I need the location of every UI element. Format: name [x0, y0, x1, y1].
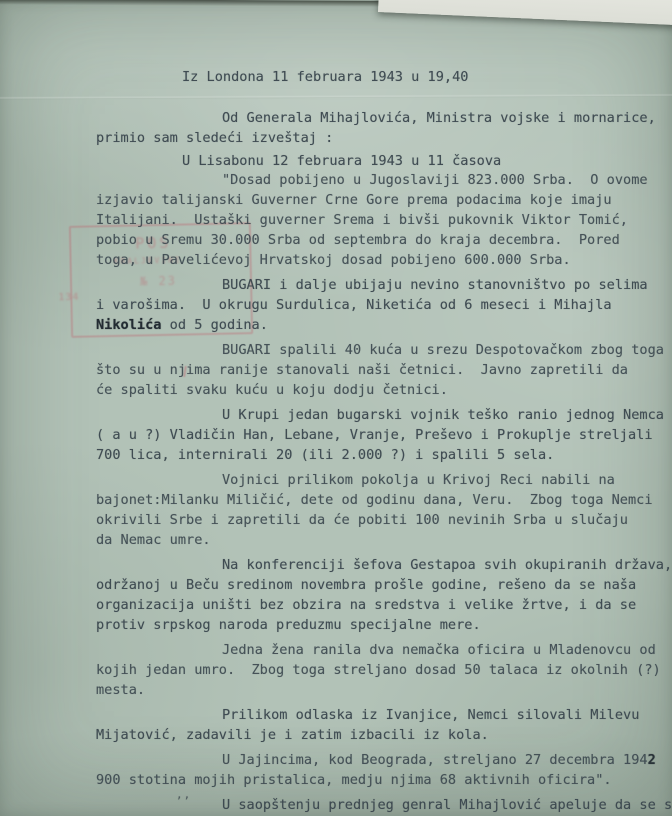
text-line: što su u njima ranije stanovali naši čet… [96, 360, 658, 380]
typed-text: U Krupi jedan bugarski vojnik teško rani… [222, 407, 664, 423]
typed-text: Prilikom odlaska iz Ivanjice, Nemci silo… [222, 707, 639, 723]
typed-text: Na konferenciji šefova Gestapoa svih oku… [222, 557, 672, 573]
text-line: i varošima. U okrugu Surdulica, Niketića… [96, 295, 658, 315]
typed-text: ( a u ?) Vladičin Han, Lebane, Vranje, P… [96, 427, 653, 443]
text-line: 700 lica, internirali 20 (ili 2.000 ?) i… [96, 445, 658, 465]
text-line: bajonet:Milanku Miličić, dete od godinu … [96, 490, 658, 510]
text-line: BUGARI spalili 40 kuća u srezu Despotova… [96, 340, 658, 360]
typed-text: 900 stotina mojih pristalica, medju njim… [96, 772, 612, 788]
paragraph: "Dosad pobijeno u Jugoslaviji 823.000 Sr… [96, 170, 658, 270]
typed-text: bajonet:Milanku Miličić, dete od godinu … [96, 492, 653, 508]
text-line: BUGARI i dalje ubijaju nevino stanovništ… [96, 275, 658, 295]
paragraph: Prilikom odlaska iz Ivanjice, Nemci silo… [96, 705, 658, 745]
text-line: održanoj u Beču sredinom novembra prošle… [96, 575, 658, 595]
text-line: U Krupi jedan bugarski vojnik teško rani… [96, 405, 658, 425]
typed-text: organizacija uništi bez obzira na sredst… [96, 597, 636, 613]
typed-text: U saopštenju prednjeg genral Mihajlović … [222, 797, 672, 813]
typed-text: održanoj u Beču sredinom novembra prošle… [96, 577, 636, 593]
text-line: toga, u Pavelićevoj Hrvatskoj dosad pobi… [96, 250, 658, 270]
typed-text: 700 lica, internirali 20 (ili 2.000 ?) i… [96, 447, 554, 463]
text-line: Italijani. Ustaški guverner Srema i bivš… [96, 210, 658, 230]
typed-text: Vojnici prilikom pokolja u Krivoj Reci n… [222, 472, 615, 488]
typed-text: Italijani. Ustaški guverner Srema i bivš… [96, 212, 628, 228]
paragraph: Od Generala Mihajlovića, Ministra vojske… [96, 108, 658, 148]
text-line: protiv srpskog naroda preduzmu specijaln… [96, 615, 658, 635]
text-line: Mijatović, zadavili je i zatim izbacili … [96, 725, 658, 745]
text-line: organizacija uništi bez obzira na sredst… [96, 595, 658, 615]
typed-text: Jedna žena ranila dva nemačka oficira u … [222, 642, 656, 658]
typed-text: izjavio talijanski Guverner Crne Gore pr… [96, 192, 612, 208]
typed-text: U Jajincima, kod Beograda, streljano 27 … [222, 752, 648, 768]
text-line: da Nemac umre. [96, 530, 658, 550]
typed-text: Od Generala Mihajlovića, Ministra vojske… [222, 110, 656, 126]
typed-text: što su u njima ranije stanovali naši čet… [96, 362, 628, 378]
stray-type-marks: ,, [176, 788, 191, 801]
paragraph: U Jajincima, kod Beograda, streljano 27 … [96, 750, 658, 790]
text-line: izjavio talijanski Guverner Crne Gore pr… [96, 190, 658, 210]
document-body: Od Generala Mihajlovića, Ministra vojske… [96, 108, 658, 816]
photographed-document: { "colors": { "paper": "#b2c2b7", "ink":… [0, 0, 672, 816]
typed-text: i varošima. U okrugu Surdulica, Niketića… [96, 297, 612, 313]
text-line: Prilikom odlaska iz Ivanjice, Nemci silo… [96, 705, 658, 725]
text-line: mesta. [96, 680, 658, 700]
text-line: ( a u ?) Vladičin Han, Lebane, Vranje, P… [96, 425, 658, 445]
paragraph: Vojnici prilikom pokolja u Krivoj Reci n… [96, 470, 658, 550]
typed-text: od 5 godina. [161, 317, 267, 333]
typed-text: mesta. [96, 682, 145, 698]
paragraph: BUGARI i dalje ubijaju nevino stanovništ… [96, 275, 658, 335]
paragraph: BUGARI spalili 40 kuća u srezu Despotova… [96, 340, 658, 400]
text-line: U Jajincima, kod Beograda, streljano 27 … [96, 750, 658, 770]
text-line: Vojnici prilikom pokolja u Krivoj Reci n… [96, 470, 658, 490]
typed-text: BUGARI i dalje ubijaju nevino stanovništ… [222, 277, 648, 293]
text-line: će spaliti svaku kuću u koju dodju četni… [96, 380, 658, 400]
typed-text: će spaliti svaku kuću u koju dodju četni… [96, 382, 448, 398]
overstruck-text: 2 [648, 752, 656, 768]
typed-text: da Nemac umre. [96, 532, 211, 548]
text-line: Jedna žena ranila dva nemačka oficira u … [96, 640, 658, 660]
typed-text: toga, u Pavelićevoj Hrvatskoj dosad pobi… [96, 252, 571, 268]
stamp-text-fragment: 134 [58, 292, 79, 303]
overstruck-text: Nikolića [96, 317, 161, 333]
typed-text: Mijatović, zadavili je i zatim izbacili … [96, 727, 489, 743]
paragraph: U Krupi jedan bugarski vojnik teško rani… [96, 405, 658, 465]
typed-text: kojih jedan umro. Zbog toga streljano do… [96, 662, 661, 678]
paragraph: Jedna žena ranila dva nemačka oficira u … [96, 640, 658, 700]
text-line: pobio u Sremu 30.000 Srba od septembra d… [96, 230, 658, 250]
text-line: Na konferenciji šefova Gestapoa svih oku… [96, 555, 658, 575]
dateline-london: Iz Londona 11 februara 1943 u 19,40 [182, 63, 501, 91]
text-line: primio sam sledeći izveštaj : [96, 128, 658, 148]
typed-text: primio sam sledeći izveštaj : [96, 130, 333, 146]
typed-text: okrivili Srbe i zapretili da će pobiti 1… [96, 512, 628, 528]
text-line: 900 stotina mojih pristalica, medju njim… [96, 770, 658, 790]
typed-text: BUGARI spalili 40 kuća u srezu Despotova… [222, 342, 664, 358]
typed-text: protiv srpskog naroda preduzmu specijaln… [96, 617, 481, 633]
text-line: Nikolića od 5 godina. [96, 315, 658, 335]
text-line: "Dosad pobijeno u Jugoslaviji 823.000 Sr… [96, 170, 658, 190]
text-line: kojih jedan umro. Zbog toga streljano do… [96, 660, 658, 680]
typed-text: "Dosad pobijeno u Jugoslaviji 823.000 Sr… [222, 172, 648, 188]
paragraph: Na konferenciji šefova Gestapoa svih oku… [96, 555, 658, 635]
text-line: okrivili Srbe i zapretili da će pobiti 1… [96, 510, 658, 530]
text-line: Od Generala Mihajlovića, Ministra vojske… [96, 108, 658, 128]
typed-text: pobio u Sremu 30.000 Srba od septembra d… [96, 232, 620, 248]
